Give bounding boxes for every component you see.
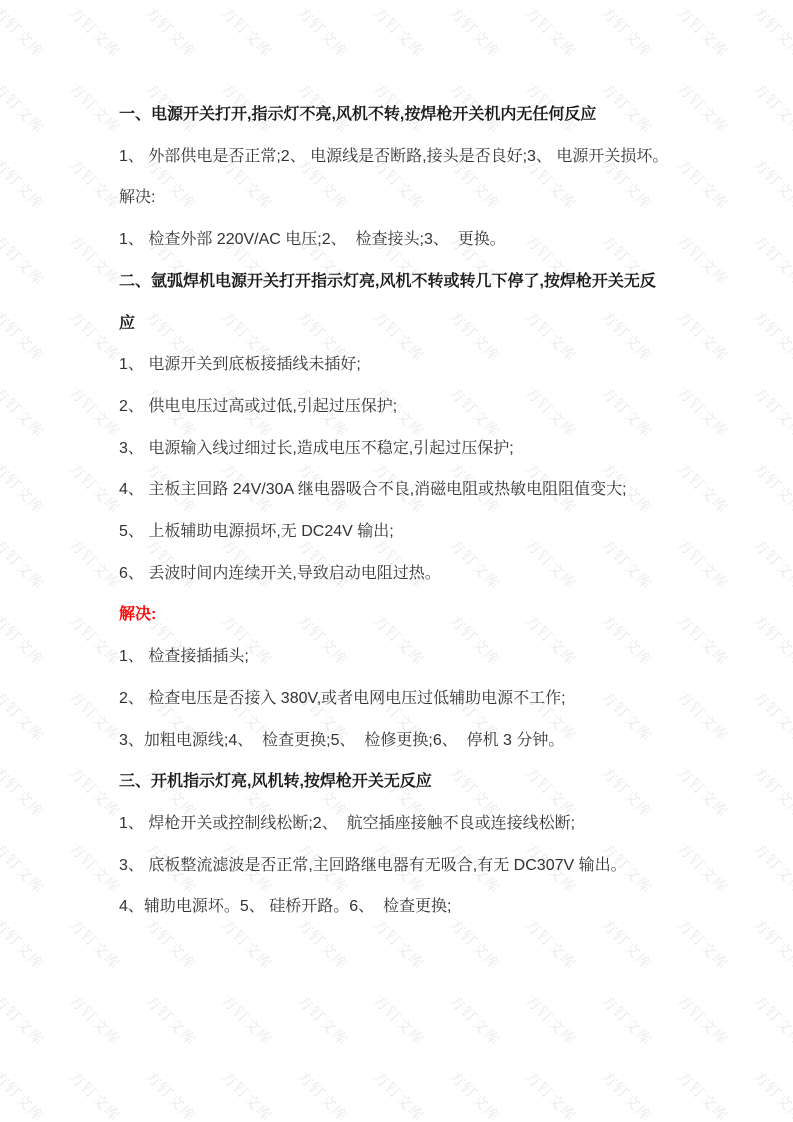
watermark-text: 方钉文库 [65, 914, 125, 974]
watermark-text: 方钉文库 [749, 230, 793, 290]
watermark-text: 方钉文库 [141, 990, 201, 1050]
watermark-text: 方钉文库 [0, 458, 49, 518]
text-line: 一、电源开关打开,指示灯不亮,风机不转,按焊枪开关机内无任何反应 [119, 94, 739, 136]
text-line: 1、 电源开关到底板接插线未插好; [119, 344, 739, 386]
watermark-text: 方钉文库 [65, 610, 125, 670]
watermark-text: 方钉文库 [293, 1066, 353, 1122]
watermark-text: 方钉文库 [749, 382, 793, 442]
text-line: 解决: [119, 177, 739, 219]
watermark-text: 方钉文库 [521, 2, 581, 62]
watermark-text: 方钉文库 [217, 2, 277, 62]
text-line: 应 [119, 303, 739, 345]
watermark-text: 方钉文库 [749, 914, 793, 974]
watermark-text: 方钉文库 [445, 1066, 505, 1122]
watermark-text: 方钉文库 [0, 762, 49, 822]
watermark-text: 方钉文库 [673, 2, 733, 62]
text-line: 3、加粗电源线;4、 检查更换;5、 检修更换;6、 停机 3 分钟。 [119, 720, 739, 762]
watermark-text: 方钉文库 [445, 2, 505, 62]
watermark-text: 方钉文库 [65, 2, 125, 62]
watermark-text: 方钉文库 [65, 534, 125, 594]
document-content: 一、电源开关打开,指示灯不亮,风机不转,按焊枪开关机内无任何反应1、 外部供电是… [119, 94, 739, 928]
watermark-text: 方钉文库 [521, 1066, 581, 1122]
text-line: 1、 焊枪开关或控制线松断;2、 航空插座接触不良或连接线松断; [119, 803, 739, 845]
watermark-text: 方钉文库 [749, 2, 793, 62]
text-line: 二、氩弧焊机电源开关打开指示灯亮,风机不转或转几下停了,按焊枪开关无反 [119, 261, 739, 303]
watermark-text: 方钉文库 [0, 534, 49, 594]
watermark-text: 方钉文库 [749, 686, 793, 746]
watermark-text: 方钉文库 [673, 990, 733, 1050]
watermark-text: 方钉文库 [0, 838, 49, 898]
text-line: 2、 检查电压是否接入 380V,或者电网电压过低辅助电源不工作; [119, 678, 739, 720]
watermark-text: 方钉文库 [369, 2, 429, 62]
watermark-text: 方钉文库 [749, 990, 793, 1050]
watermark-text: 方钉文库 [0, 230, 49, 290]
watermark-text: 方钉文库 [749, 1066, 793, 1122]
watermark-text: 方钉文库 [597, 990, 657, 1050]
watermark-text: 方钉文库 [0, 306, 49, 366]
text-line: 1、 检查接插插头; [119, 636, 739, 678]
watermark-text: 方钉文库 [749, 306, 793, 366]
document-page: 方钉文库方钉文库方钉文库方钉文库方钉文库方钉文库方钉文库方钉文库方钉文库方钉文库… [0, 0, 793, 1122]
text-line: 3、 电源输入线过细过长,造成电压不稳定,引起过压保护; [119, 428, 739, 470]
watermark-text: 方钉文库 [0, 154, 49, 214]
watermark-text: 方钉文库 [0, 686, 49, 746]
text-line: 4、辅助电源坏。5、 硅桥开路。6、 检查更换; [119, 886, 739, 928]
watermark-text: 方钉文库 [0, 1066, 49, 1122]
text-line: 6、 丢波时间内连续开关,导致启动电阻过热。 [119, 553, 739, 595]
watermark-text: 方钉文库 [445, 990, 505, 1050]
text-line: 1、 检查外部 220V/AC 电压;2、 检查接头;3、 更换。 [119, 219, 739, 261]
watermark-text: 方钉文库 [369, 1066, 429, 1122]
watermark-text: 方钉文库 [217, 1066, 277, 1122]
text-line: 1、 外部供电是否正常;2、 电源线是否断路,接头是否良好;3、 电源开关损坏。 [119, 136, 739, 178]
watermark-text: 方钉文库 [749, 762, 793, 822]
watermark-text: 方钉文库 [673, 1066, 733, 1122]
watermark-text: 方钉文库 [65, 78, 125, 138]
text-line: 三、开机指示灯亮,风机转,按焊枪开关无反应 [119, 761, 739, 803]
watermark-text: 方钉文库 [749, 534, 793, 594]
watermark-text: 方钉文库 [65, 154, 125, 214]
watermark-text: 方钉文库 [749, 838, 793, 898]
watermark-text: 方钉文库 [65, 990, 125, 1050]
text-line: 5、 上板辅助电源损坏,无 DC24V 输出; [119, 511, 739, 553]
text-line: 4、 主板主回路 24V/30A 继电器吸合不良,消磁电阻或热敏电阻阻值变大; [119, 469, 739, 511]
watermark-text: 方钉文库 [597, 2, 657, 62]
watermark-text: 方钉文库 [0, 2, 49, 62]
watermark-text: 方钉文库 [65, 1066, 125, 1122]
watermark-text: 方钉文库 [65, 382, 125, 442]
watermark-text: 方钉文库 [0, 914, 49, 974]
text-line: 解决: [119, 594, 739, 636]
watermark-text: 方钉文库 [141, 2, 201, 62]
watermark-text: 方钉文库 [0, 990, 49, 1050]
watermark-text: 方钉文库 [65, 230, 125, 290]
watermark-text: 方钉文库 [293, 990, 353, 1050]
watermark-text: 方钉文库 [369, 990, 429, 1050]
watermark-text: 方钉文库 [749, 610, 793, 670]
watermark-text: 方钉文库 [0, 610, 49, 670]
watermark-text: 方钉文库 [0, 78, 49, 138]
watermark-text: 方钉文库 [521, 990, 581, 1050]
watermark-text: 方钉文库 [65, 838, 125, 898]
watermark-text: 方钉文库 [141, 1066, 201, 1122]
watermark-text: 方钉文库 [65, 458, 125, 518]
watermark-text: 方钉文库 [749, 78, 793, 138]
watermark-text: 方钉文库 [65, 762, 125, 822]
watermark-text: 方钉文库 [749, 154, 793, 214]
watermark-text: 方钉文库 [293, 2, 353, 62]
text-line: 2、 供电电压过高或过低,引起过压保护; [119, 386, 739, 428]
text-line: 3、 底板整流滤波是否正常,主回路继电器有无吸合,有无 DC307V 输出。 [119, 845, 739, 887]
watermark-text: 方钉文库 [0, 382, 49, 442]
watermark-text: 方钉文库 [217, 990, 277, 1050]
watermark-text: 方钉文库 [65, 686, 125, 746]
watermark-text: 方钉文库 [749, 458, 793, 518]
watermark-text: 方钉文库 [597, 1066, 657, 1122]
watermark-text: 方钉文库 [65, 306, 125, 366]
